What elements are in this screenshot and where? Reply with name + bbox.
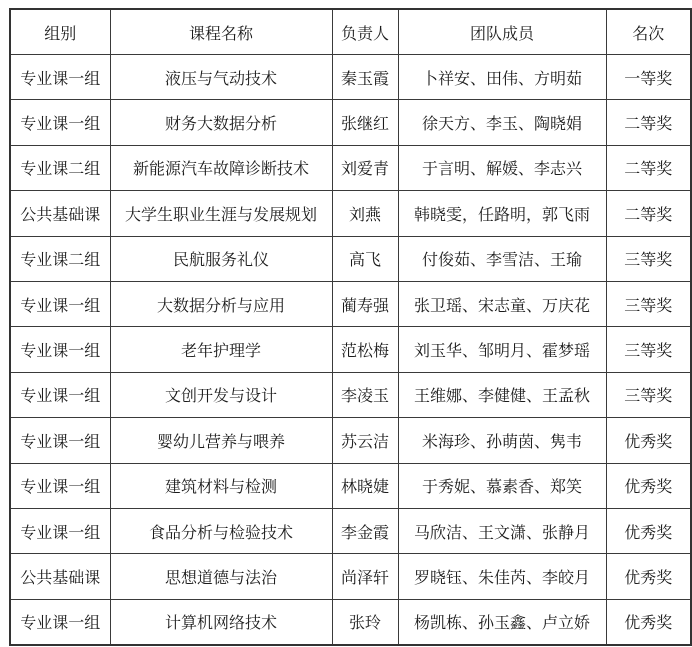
cell-group: 专业课二组 (10, 236, 110, 281)
header-members: 团队成员 (398, 9, 606, 55)
cell-rank: 三等奖 (606, 327, 691, 372)
cell-group: 专业课一组 (10, 599, 110, 645)
cell-group: 专业课一组 (10, 463, 110, 508)
header-rank: 名次 (606, 9, 691, 55)
cell-members: 于言明、解媛、李志兴 (398, 145, 606, 190)
cell-leader: 刘爱青 (332, 145, 398, 190)
cell-course: 民航服务礼仪 (110, 236, 332, 281)
table-row: 专业课二组新能源汽车故障诊断技术刘爱青于言明、解媛、李志兴二等奖 (10, 145, 691, 190)
cell-members: 韩晓雯，任路明，郭飞雨 (398, 191, 606, 236)
cell-leader: 尚泽轩 (332, 554, 398, 599)
cell-rank: 三等奖 (606, 281, 691, 326)
cell-members: 于秀妮、慕素香、郑笑 (398, 463, 606, 508)
table-row: 专业课一组计算机网络技术张玲杨凯栋、孙玉鑫、卢立娇优秀奖 (10, 599, 691, 645)
table-row: 专业课一组液压与气动技术秦玉霞卜祥安、田伟、方明茹一等奖 (10, 55, 691, 100)
cell-course: 液压与气动技术 (110, 55, 332, 100)
cell-leader: 林晓婕 (332, 463, 398, 508)
cell-course: 食品分析与检验技术 (110, 508, 332, 553)
table-header-row: 组别 课程名称 负责人 团队成员 名次 (10, 9, 691, 55)
cell-group: 专业课一组 (10, 418, 110, 463)
cell-members: 米海珍、孙萌茵、隽韦 (398, 418, 606, 463)
cell-rank: 三等奖 (606, 236, 691, 281)
cell-members: 王维娜、李健健、王孟秋 (398, 372, 606, 417)
cell-rank: 优秀奖 (606, 508, 691, 553)
cell-rank: 二等奖 (606, 191, 691, 236)
cell-rank: 二等奖 (606, 145, 691, 190)
header-course: 课程名称 (110, 9, 332, 55)
table-row: 专业课一组财务大数据分析张继红徐天方、李玉、陶晓娟二等奖 (10, 100, 691, 145)
cell-course: 思想道德与法治 (110, 554, 332, 599)
cell-course: 大数据分析与应用 (110, 281, 332, 326)
cell-members: 张卫瑶、宋志童、万庆花 (398, 281, 606, 326)
cell-members: 徐天方、李玉、陶晓娟 (398, 100, 606, 145)
cell-members: 马欣洁、王文潇、张静月 (398, 508, 606, 553)
cell-group: 专业课二组 (10, 145, 110, 190)
cell-course: 文创开发与设计 (110, 372, 332, 417)
cell-leader: 张继红 (332, 100, 398, 145)
cell-leader: 高飞 (332, 236, 398, 281)
cell-course: 大学生职业生涯与发展规划 (110, 191, 332, 236)
cell-course: 婴幼儿营养与喂养 (110, 418, 332, 463)
cell-rank: 优秀奖 (606, 599, 691, 645)
cell-leader: 刘燕 (332, 191, 398, 236)
cell-leader: 李金霞 (332, 508, 398, 553)
cell-leader: 张玲 (332, 599, 398, 645)
cell-group: 专业课一组 (10, 281, 110, 326)
cell-members: 罗晓钰、朱佳芮、李皎月 (398, 554, 606, 599)
cell-group: 专业课一组 (10, 508, 110, 553)
cell-group: 专业课一组 (10, 327, 110, 372)
table-row: 公共基础课大学生职业生涯与发展规划刘燕韩晓雯，任路明，郭飞雨二等奖 (10, 191, 691, 236)
cell-course: 计算机网络技术 (110, 599, 332, 645)
cell-leader: 秦玉霞 (332, 55, 398, 100)
cell-group: 专业课一组 (10, 372, 110, 417)
cell-course: 财务大数据分析 (110, 100, 332, 145)
cell-group: 专业课一组 (10, 100, 110, 145)
table-row: 公共基础课思想道德与法治尚泽轩罗晓钰、朱佳芮、李皎月优秀奖 (10, 554, 691, 599)
cell-rank: 优秀奖 (606, 463, 691, 508)
cell-group: 公共基础课 (10, 554, 110, 599)
cell-members: 杨凯栋、孙玉鑫、卢立娇 (398, 599, 606, 645)
cell-group: 公共基础课 (10, 191, 110, 236)
cell-rank: 二等奖 (606, 100, 691, 145)
table-row: 专业课一组建筑材料与检测林晓婕于秀妮、慕素香、郑笑优秀奖 (10, 463, 691, 508)
cell-leader: 蔺寿强 (332, 281, 398, 326)
cell-rank: 一等奖 (606, 55, 691, 100)
cell-leader: 苏云洁 (332, 418, 398, 463)
cell-members: 刘玉华、邹明月、霍梦瑶 (398, 327, 606, 372)
table-row: 专业课二组民航服务礼仪高飞付俊茹、李雪洁、王瑜三等奖 (10, 236, 691, 281)
cell-leader: 范松梅 (332, 327, 398, 372)
header-leader: 负责人 (332, 9, 398, 55)
table-row: 专业课一组文创开发与设计李凌玉王维娜、李健健、王孟秋三等奖 (10, 372, 691, 417)
table-row: 专业课一组老年护理学范松梅刘玉华、邹明月、霍梦瑶三等奖 (10, 327, 691, 372)
table-row: 专业课一组婴幼儿营养与喂养苏云洁米海珍、孙萌茵、隽韦优秀奖 (10, 418, 691, 463)
cell-members: 卜祥安、田伟、方明茹 (398, 55, 606, 100)
cell-group: 专业课一组 (10, 55, 110, 100)
cell-rank: 三等奖 (606, 372, 691, 417)
cell-course: 老年护理学 (110, 327, 332, 372)
table-row: 专业课一组大数据分析与应用蔺寿强张卫瑶、宋志童、万庆花三等奖 (10, 281, 691, 326)
cell-course: 新能源汽车故障诊断技术 (110, 145, 332, 190)
cell-rank: 优秀奖 (606, 554, 691, 599)
table-row: 专业课一组食品分析与检验技术李金霞马欣洁、王文潇、张静月优秀奖 (10, 508, 691, 553)
cell-rank: 优秀奖 (606, 418, 691, 463)
header-group: 组别 (10, 9, 110, 55)
cell-members: 付俊茹、李雪洁、王瑜 (398, 236, 606, 281)
awards-table: 组别 课程名称 负责人 团队成员 名次 专业课一组液压与气动技术秦玉霞卜祥安、田… (9, 8, 692, 646)
cell-course: 建筑材料与检测 (110, 463, 332, 508)
cell-leader: 李凌玉 (332, 372, 398, 417)
